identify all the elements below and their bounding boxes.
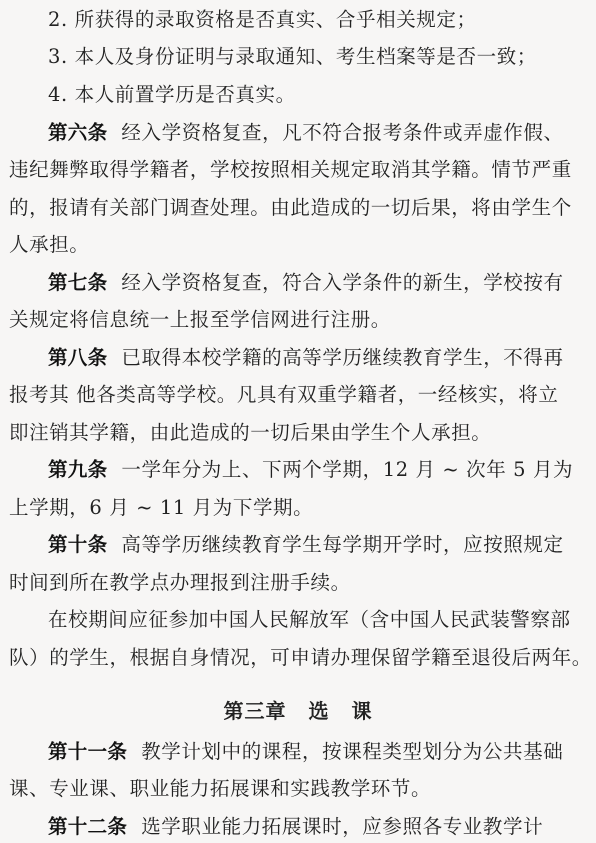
military-paragraph-first-line: 在校期间应征参加中国人民解放军（含中国人民武装警察部 (48, 608, 596, 632)
article-6-line: 人承担。 (9, 233, 589, 257)
article-12-text: 选学职业能力拓展课时，应参照各专业教学计 (141, 815, 543, 838)
list-item-2: 2. 所获得的录取资格是否真实、合乎相关规定； (48, 8, 596, 32)
article-7-text: 经入学资格复查，符合入学条件的新生，学校按有 (121, 271, 563, 294)
chapter-heading: 第三章选课 (0, 695, 596, 724)
article-9-title: 第九条 (48, 458, 107, 481)
chapter-title-a: 选 (309, 699, 330, 723)
article-6-line: 违纪舞弊取得学籍者，学校按照相关规定取消其学籍。情节严重 (9, 158, 589, 182)
article-6-title: 第六条 (48, 121, 107, 144)
article-8-text: 已取得本校学籍的高等学历继续教育学生，不得再 (121, 346, 563, 369)
article-8-line: 即注销其学籍，由此造成的一切后果由学生个人承担。 (9, 421, 589, 445)
article-7-first-line: 第七条经入学资格复查，符合入学条件的新生，学校按有 (48, 271, 596, 295)
article-9-first-line: 第九条一学年分为上、下两个学期，12 月 ~ 次年 5 月为 (48, 458, 596, 482)
article-9-text: 一学年分为上、下两个学期，12 月 ~ 次年 5 月为 (121, 458, 573, 481)
article-8-title: 第八条 (48, 346, 107, 369)
article-9-line: 上学期，6 月 ~ 11 月为下学期。 (9, 496, 589, 520)
article-7-line: 关规定将信息统一上报至学信网进行注册。 (9, 308, 589, 332)
article-10-text: 高等学历继续教育学生每学期开学时，应按照规定 (121, 533, 563, 556)
article-12-title: 第十二条 (48, 815, 127, 838)
article-12-first-line: 第十二条选学职业能力拓展课时，应参照各专业教学计 (48, 815, 596, 839)
article-11-line: 课、专业课、职业能力拓展课和实践教学环节。 (9, 777, 589, 801)
article-8-first-line: 第八条已取得本校学籍的高等学历继续教育学生，不得再 (48, 346, 596, 370)
chapter-number: 第三章 (224, 699, 287, 723)
list-item-4: 4. 本人前置学历是否真实。 (48, 83, 596, 107)
article-10-line: 时间到所在教学点办理报到注册手续。 (9, 571, 589, 595)
article-6-line: 的，报请有关部门调查处理。由此造成的一切后果，将由学生个 (9, 196, 589, 220)
article-11-first-line: 第十一条教学计划中的课程，按课程类型划分为公共基础 (48, 740, 596, 764)
military-paragraph-line: 队）的学生，根据自身情况，可申请办理保留学籍至退役后两年。 (9, 646, 589, 670)
article-6-text: 经入学资格复查，凡不符合报考条件或弄虚作假、 (121, 121, 563, 144)
chapter-title-b: 课 (352, 699, 373, 723)
article-10-title: 第十条 (48, 533, 107, 556)
article-8-line: 报考其 他各类高等学校。凡具有双重学籍者，一经核实，将立 (9, 383, 589, 407)
article-7-title: 第七条 (48, 271, 107, 294)
article-6-first-line: 第六条经入学资格复查，凡不符合报考条件或弄虚作假、 (48, 121, 596, 145)
article-10-first-line: 第十条高等学历继续教育学生每学期开学时，应按照规定 (48, 533, 596, 557)
article-11-title: 第十一条 (48, 740, 127, 763)
article-11-text: 教学计划中的课程，按课程类型划分为公共基础 (141, 740, 563, 763)
document-page: 2. 所获得的录取资格是否真实、合乎相关规定； 3. 本人及身份证明与录取通知、… (0, 0, 596, 843)
list-item-3: 3. 本人及身份证明与录取通知、考生档案等是否一致； (48, 45, 596, 69)
